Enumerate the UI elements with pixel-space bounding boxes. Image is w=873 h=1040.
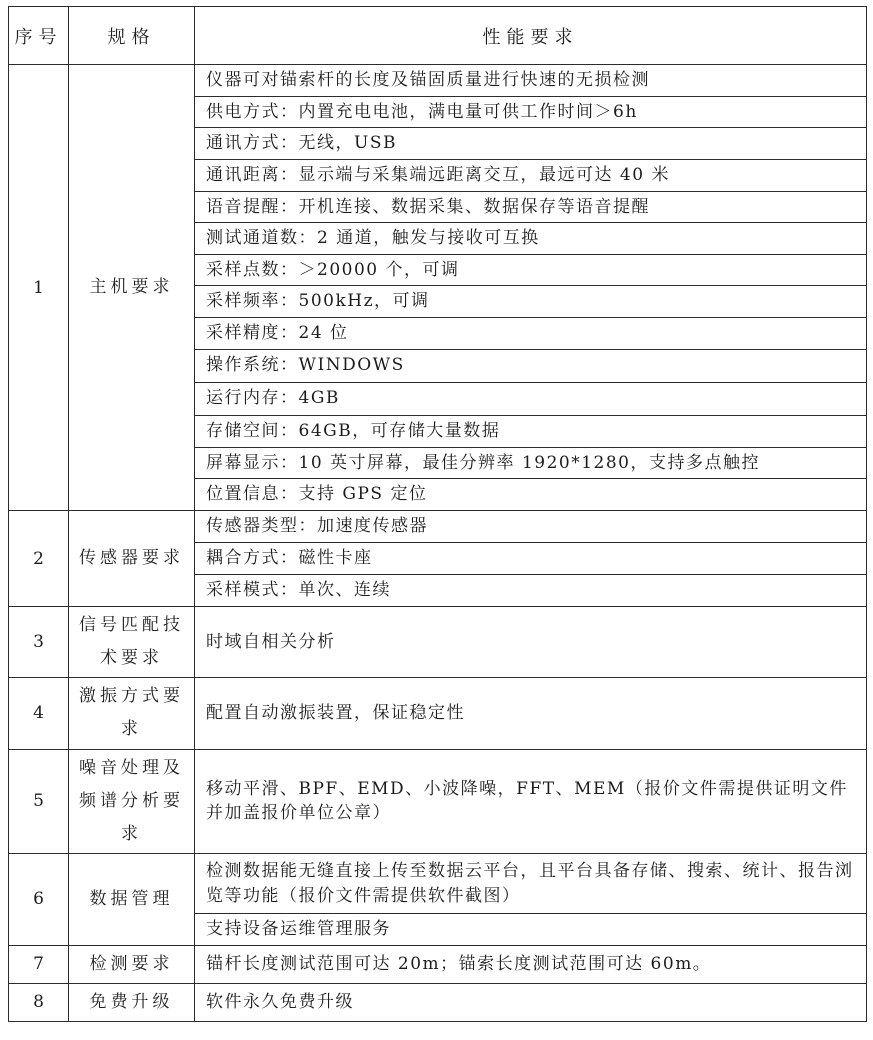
- requirement-cell: 存储空间：64GB，可存储大量数据: [195, 415, 867, 447]
- header-row: 序号 规格 性能要求: [9, 7, 867, 65]
- table-row: 5 噪音处理及频谱分析要求 移动平滑、BPF、EMD、小波降噪，FFT、MEM（…: [9, 749, 867, 853]
- requirement-cell: 软件永久免费升级: [195, 983, 867, 1021]
- col-header-performance: 性能要求: [195, 7, 867, 65]
- table-row: 1 主机要求 仪器可对锚索杆的长度及锚固质量进行快速的无损检测: [9, 65, 867, 97]
- spec-label: 传感器要求: [69, 511, 195, 607]
- requirement-cell: 通讯距离：显示端与采集端远距离交互，最远可达 40 米: [195, 159, 867, 191]
- row-number: 2: [9, 511, 69, 607]
- row-number: 3: [9, 607, 69, 678]
- requirement-cell: 移动平滑、BPF、EMD、小波降噪，FFT、MEM（报价文件需提供证明文件并加盖…: [195, 749, 867, 853]
- row-number: 5: [9, 749, 69, 853]
- col-header-index: 序号: [9, 7, 69, 65]
- spec-label: 信号匹配技术要求: [69, 607, 195, 678]
- requirement-cell: 检测数据能无缝直接上传至数据云平台，且平台具备存储、搜索、统计、报告浏览等功能（…: [195, 854, 867, 914]
- requirement-cell: 测试通道数：2 通道，触发与接收可互换: [195, 223, 867, 255]
- table-row: 2 传感器要求 传感器类型：加速度传感器: [9, 511, 867, 543]
- requirement-cell: 通讯方式：无线，USB: [195, 128, 867, 160]
- requirement-cell: 采样频率：500kHz，可调: [195, 286, 867, 318]
- col-header-spec: 规格: [69, 7, 195, 65]
- row-number: 8: [9, 983, 69, 1021]
- requirement-cell: 锚杆长度测试范围可达 20m；锚索长度测试范围可达 60m。: [195, 945, 867, 983]
- table-row: 8 免费升级 软件永久免费升级: [9, 983, 867, 1021]
- requirement-cell: 供电方式：内置充电电池，满电量可供工作时间＞6h: [195, 96, 867, 128]
- table-row: 6 数据管理 检测数据能无缝直接上传至数据云平台，且平台具备存储、搜索、统计、报…: [9, 854, 867, 914]
- requirement-cell: 耦合方式：磁性卡座: [195, 543, 867, 575]
- requirement-cell: 位置信息：支持 GPS 定位: [195, 479, 867, 511]
- row-number: 1: [9, 65, 69, 511]
- spec-label: 噪音处理及频谱分析要求: [69, 749, 195, 853]
- requirement-cell: 采样点数：＞20000 个，可调: [195, 254, 867, 286]
- table-row: 7 检测要求 锚杆长度测试范围可达 20m；锚索长度测试范围可达 60m。: [9, 945, 867, 983]
- requirement-cell: 采样模式：单次、连续: [195, 575, 867, 607]
- requirement-cell: 操作系统：WINDOWS: [195, 349, 867, 382]
- requirement-cell: 配置自动激振装置，保证稳定性: [195, 678, 867, 749]
- table-row: 3 信号匹配技术要求 时域自相关分析: [9, 607, 867, 678]
- requirement-cell: 屏幕显示：10 英寸屏幕，最佳分辨率 1920*1280，支持多点触控: [195, 447, 867, 479]
- row-number: 7: [9, 945, 69, 983]
- document-page: 序号 规格 性能要求 1 主机要求 仪器可对锚索杆的长度及锚固质量进行快速的无损…: [0, 0, 873, 1040]
- row-number: 4: [9, 678, 69, 749]
- spec-table: 序号 规格 性能要求 1 主机要求 仪器可对锚索杆的长度及锚固质量进行快速的无损…: [8, 6, 867, 1022]
- requirement-cell: 采样精度：24 位: [195, 318, 867, 350]
- requirement-cell: 传感器类型：加速度传感器: [195, 511, 867, 543]
- table-row: 4 激振方式要求 配置自动激振装置，保证稳定性: [9, 678, 867, 749]
- requirement-cell: 时域自相关分析: [195, 607, 867, 678]
- requirement-cell: 语音提醒：开机连接、数据采集、数据保存等语音提醒: [195, 191, 867, 223]
- row-number: 6: [9, 854, 69, 946]
- spec-label: 数据管理: [69, 854, 195, 946]
- requirement-cell: 支持设备运维管理服务: [195, 914, 867, 946]
- requirement-cell: 仪器可对锚索杆的长度及锚固质量进行快速的无损检测: [195, 65, 867, 97]
- spec-label: 检测要求: [69, 945, 195, 983]
- requirement-cell: 运行内存：4GB: [195, 382, 867, 415]
- spec-label: 免费升级: [69, 983, 195, 1021]
- spec-label: 主机要求: [69, 65, 195, 511]
- spec-label: 激振方式要求: [69, 678, 195, 749]
